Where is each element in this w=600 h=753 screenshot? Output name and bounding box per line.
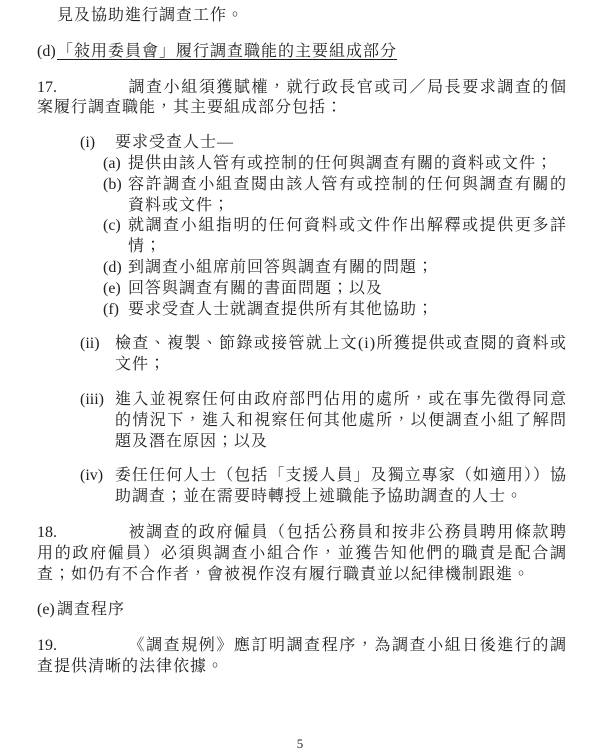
section-e-title: 調查程序 bbox=[57, 601, 125, 618]
sub-item-e: (e)回答與調查有關的書面問題；以及 bbox=[37, 279, 567, 300]
list-item-iv-text: 委任任何人士（包括「支援人員」及獨立專家（如適用））協助調查；並在需要時轉授上述… bbox=[115, 467, 567, 505]
sub-item-c: (c)就調查小組指明的任何資料或文件作出解釋或提供更多詳情； bbox=[37, 216, 567, 258]
sub-item-d: (d)到調查小組席前回答與調查有關的問題； bbox=[37, 258, 567, 279]
list-item-iii-label: (iii) bbox=[80, 390, 104, 411]
list-item-iii: (iii)進入並視察任何由政府部門佔用的處所，或在事先徵得同意的情況下，進入和視… bbox=[37, 390, 567, 452]
paragraph-18: 18.被調查的政府僱員（包括公務員和按非公務員聘用條款聘用的政府僱員）必須與調查… bbox=[37, 523, 567, 585]
list-item-ii-label: (ii) bbox=[80, 334, 100, 355]
sub-item-d-text: 到調查小組席前回答與調查有關的問題； bbox=[128, 259, 434, 276]
section-d-title: 「敍用委員會」履行調查職能的主要組成部分 bbox=[57, 43, 397, 60]
sub-item-a-text: 提供由該人管有或控制的任何與調查有關的資料或文件； bbox=[128, 155, 553, 172]
section-d-label: (d) bbox=[37, 42, 57, 63]
document-page: 見及協助進行調查工作。 (d)「敍用委員會」履行調查職能的主要組成部分 17.調… bbox=[0, 0, 600, 753]
sub-item-f: (f)要求受查人士就調查提供所有其他協助； bbox=[37, 300, 567, 321]
page-content: 見及協助進行調查工作。 (d)「敍用委員會」履行調查職能的主要組成部分 17.調… bbox=[0, 0, 600, 678]
list-item-ii: (ii)檢查、複製、節錄或接管就上文(i)所獲提供或查閱的資料或文件； bbox=[37, 334, 567, 376]
sub-item-f-text: 要求受查人士就調查提供所有其他協助； bbox=[128, 301, 434, 318]
sub-item-a: (a)提供由該人管有或控制的任何與調查有關的資料或文件； bbox=[37, 154, 567, 175]
paragraph-17: 17.調查小組須獲賦權，就行政長官或司／局長要求調查的個案履行調查職能，其主要組… bbox=[37, 78, 567, 120]
paragraph-18-number: 18. bbox=[37, 523, 128, 544]
sub-item-c-label: (c) bbox=[103, 216, 121, 237]
sub-item-c-text: 就調查小組指明的任何資料或文件作出解釋或提供更多詳情； bbox=[128, 217, 567, 255]
paragraph-19: 19.《調查規例》應訂明調查程序，為調查小組日後進行的調查提供清晰的法律依據。 bbox=[37, 636, 567, 678]
sub-item-a-label: (a) bbox=[103, 154, 121, 175]
sub-item-e-text: 回答與調查有關的書面問題；以及 bbox=[128, 280, 383, 297]
list-item-ii-text: 檢查、複製、節錄或接管就上文(i)所獲提供或查閱的資料或文件； bbox=[115, 335, 567, 373]
sub-list: (a)提供由該人管有或控制的任何與調查有關的資料或文件； (b)容許調查小組查閱… bbox=[37, 154, 567, 320]
list-item-i-label: (i) bbox=[80, 133, 95, 154]
list-item-i: (i)要求受查人士— bbox=[37, 133, 567, 154]
section-heading-e: (e)調查程序 bbox=[37, 600, 567, 621]
list-item-iv-label: (iv) bbox=[80, 466, 103, 487]
sub-item-b-text: 容許調查小組查閱由該人管有或控制的任何與調查有關的資料或文件； bbox=[128, 176, 567, 214]
list-item-iv: (iv)委任任何人士（包括「支援人員」及獨立專家（如適用））協助調查；並在需要時… bbox=[37, 466, 567, 508]
sub-item-f-label: (f) bbox=[103, 300, 119, 321]
page-number: 5 bbox=[0, 736, 600, 752]
sub-item-b: (b)容許調查小組查閱由該人管有或控制的任何與調查有關的資料或文件； bbox=[37, 175, 567, 217]
section-heading-d: (d)「敍用委員會」履行調查職能的主要組成部分 bbox=[37, 42, 567, 63]
section-e-label: (e) bbox=[37, 600, 57, 621]
continuation-line: 見及協助進行調查工作。 bbox=[37, 6, 567, 27]
sub-item-d-label: (d) bbox=[103, 258, 122, 279]
list-item-iii-text: 進入並視察任何由政府部門佔用的處所，或在事先徵得同意的情況下，進入和視察任何其他… bbox=[115, 391, 567, 450]
paragraph-19-number: 19. bbox=[37, 636, 128, 657]
sub-item-e-label: (e) bbox=[103, 279, 121, 300]
sub-item-b-label: (b) bbox=[103, 175, 122, 196]
list-item-i-text: 要求受查人士— bbox=[115, 134, 234, 151]
paragraph-17-number: 17. bbox=[37, 78, 128, 99]
